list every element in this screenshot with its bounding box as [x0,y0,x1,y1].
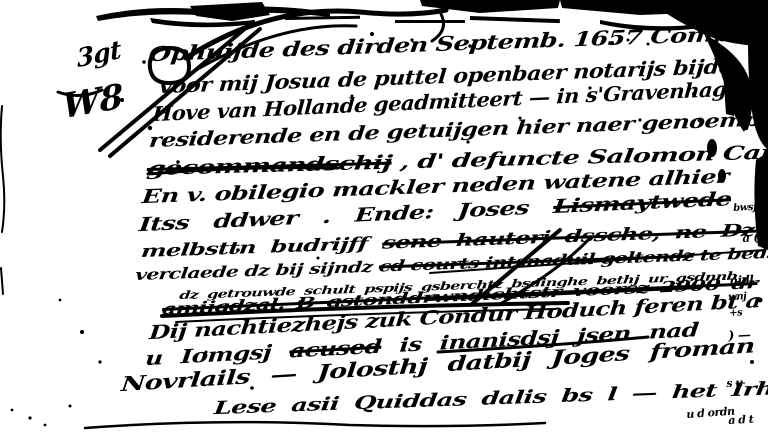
marginalia-fragment: ) — [728,329,751,343]
marginalia-fragment: s u [726,377,743,389]
marginalia-fragment: wnj [728,292,746,303]
marginalia-fragment: ni ll [729,274,754,287]
left-edge-marks [1,106,5,294]
marginalia-fragment: bwsjt [733,203,760,214]
manuscript-page: 3gt W8 Ophuijde des dirden Septemb. 1657… [0,0,768,435]
marginalia-fragment: a ( [742,231,759,244]
margin-mark-fee: 3gt [76,37,122,72]
marginalia-fragment: +s [729,308,743,319]
margin-mark-initial: W8 [62,79,123,124]
marginalia-fragment: u d ordn [686,406,735,420]
